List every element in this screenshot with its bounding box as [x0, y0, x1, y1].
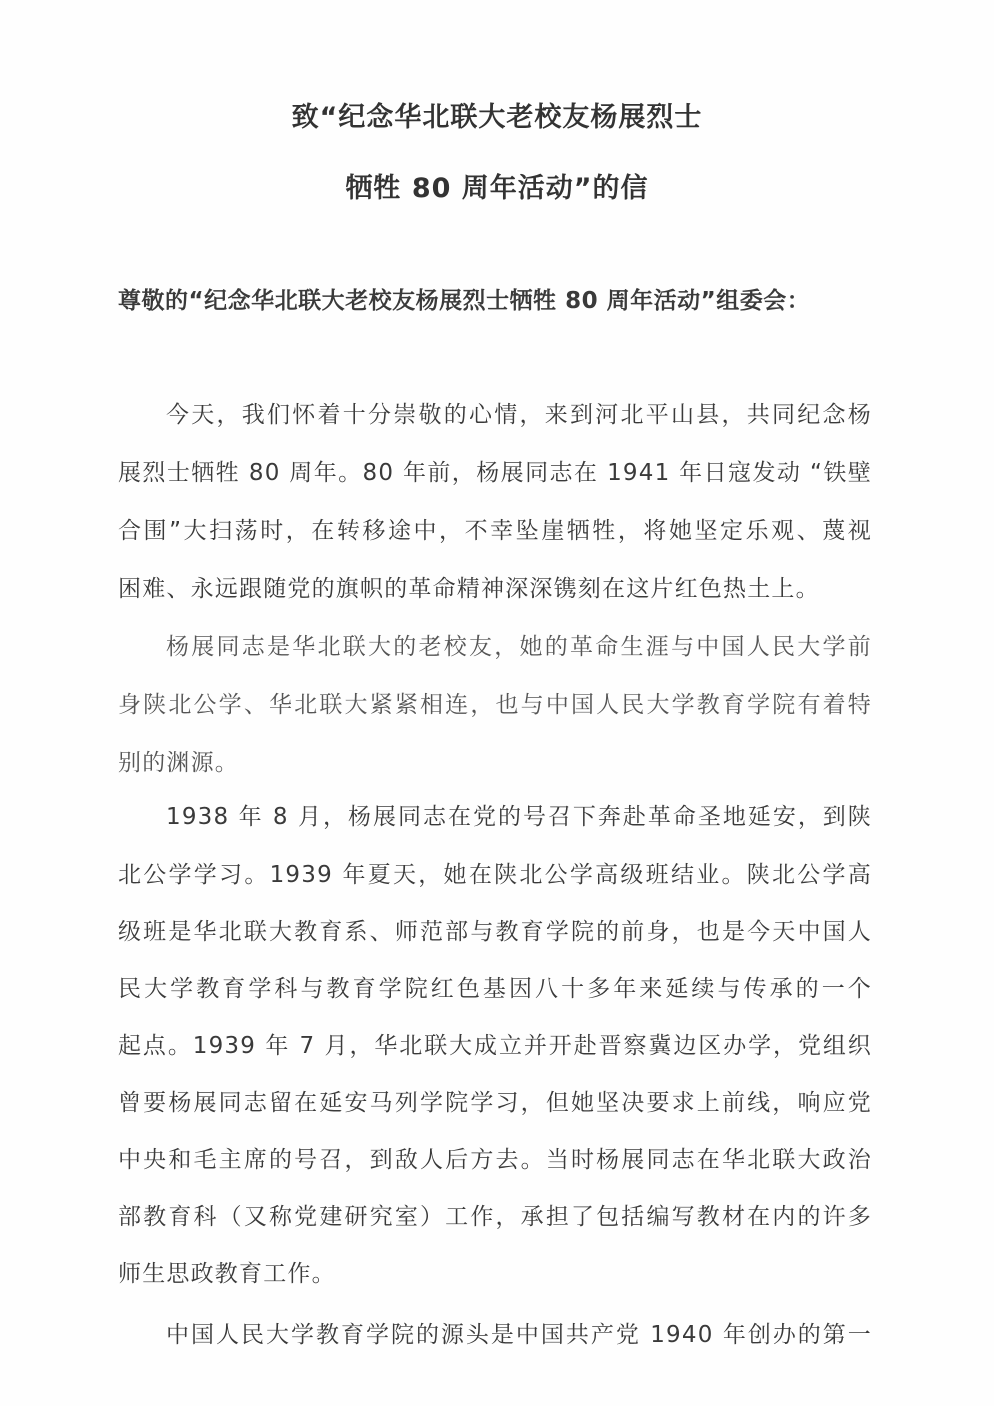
paragraph-line: 别的渊源。	[118, 744, 239, 777]
paragraph-line: 身陕北公学、华北联大紧紧相连，也与中国人民大学教育学院有着特	[118, 686, 872, 719]
paragraph-line: 级班是华北联大教育系、师范部与教育学院的前身，也是今天中国人	[118, 913, 872, 946]
letter-title-line-2: 牺牲 80 周年活动”的信	[0, 166, 994, 205]
paragraph-line: 曾要杨展同志留在延安马列学院学习，但她坚决要求上前线，响应党	[118, 1084, 872, 1117]
paragraph-line: 师生思政教育工作。	[118, 1255, 336, 1288]
paragraph-line: 1938 年 8 月，杨展同志在党的号召下奔赴革命圣地延安，到陕	[166, 798, 872, 831]
paragraph-line: 困难、永远跟随党的旗帜的革命精神深深镌刻在这片红色热土上。	[118, 570, 820, 603]
paragraph-line: 部教育科（又称党建研究室）工作，承担了包括编写教材在内的许多	[118, 1198, 872, 1231]
paragraph-line: 展烈士牺牲 80 周年。80 年前，杨展同志在 1941 年日寇发动 “铁壁	[118, 454, 872, 487]
paragraph-line: 杨展同志是华北联大的老校友，她的革命生涯与中国人民大学前	[166, 628, 872, 661]
paragraph-line: 起点。1939 年 7 月，华北联大成立并开赴晋察冀边区办学，党组织	[118, 1027, 872, 1060]
paragraph-line: 中国人民大学教育学院的源头是中国共产党 1940 年创办的第一	[166, 1316, 872, 1349]
paragraph-line: 今天，我们怀着十分崇敬的心情，来到河北平山县，共同纪念杨	[166, 396, 872, 429]
paragraph-line: 合围”大扫荡时，在转移途中，不幸坠崖牺牲，将她坚定乐观、蔑视	[118, 512, 872, 545]
paragraph-line: 中央和毛主席的号召，到敌人后方去。当时杨展同志在华北联大政治	[118, 1141, 872, 1174]
paragraph-line: 民大学教育学科与教育学院红色基因八十多年来延续与传承的一个	[118, 970, 872, 1003]
letter-title-line-1: 致“纪念华北联大老校友杨展烈士	[0, 95, 994, 134]
document-page: 致“纪念华北联大老校友杨展烈士 牺牲 80 周年活动”的信 尊敬的“纪念华北联大…	[0, 0, 994, 1406]
paragraph-line: 北公学学习。1939 年夏天，她在陕北公学高级班结业。陕北公学高	[118, 856, 872, 889]
salutation: 尊敬的“纪念华北联大老校友杨展烈士牺牲 80 周年活动”组委会：	[118, 282, 810, 315]
